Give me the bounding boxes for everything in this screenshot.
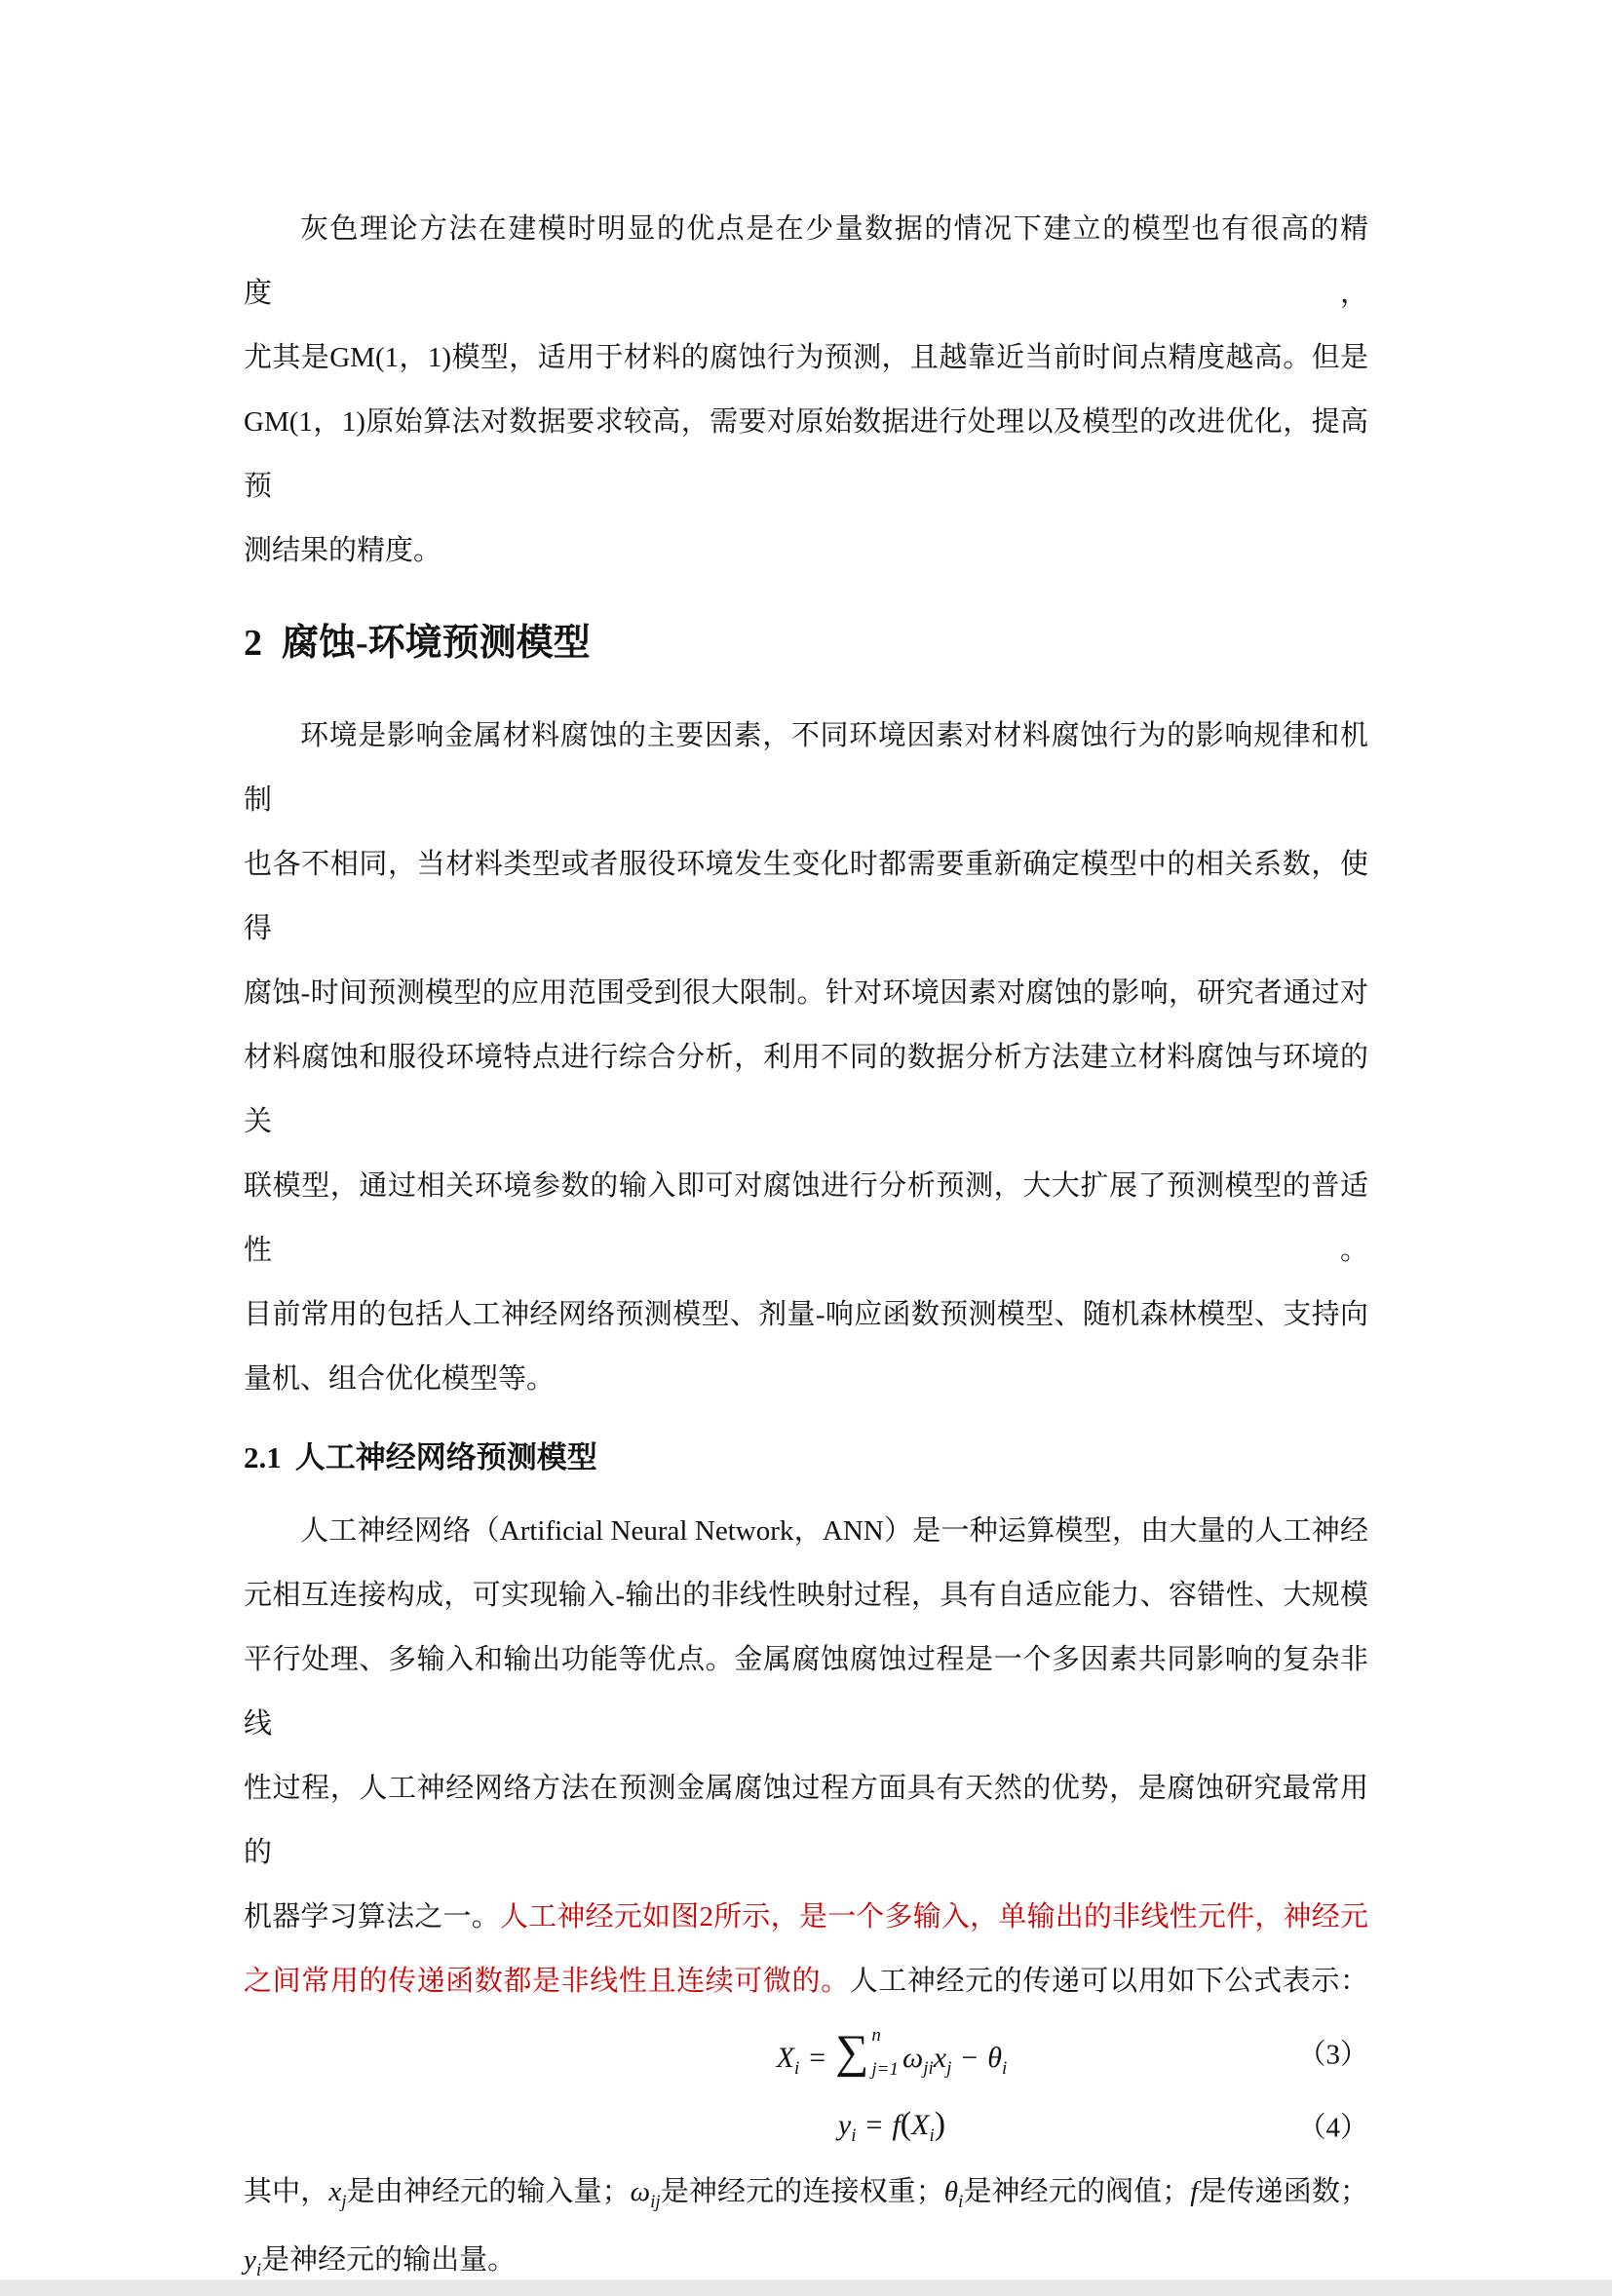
section-heading-2: 2腐蚀-环境预测模型 xyxy=(244,616,1368,670)
subsection-heading-2-1: 2.1人工神经网络预测模型 xyxy=(244,1435,1368,1481)
paragraph-line: 性过程，人工神经网络方法在预测金属腐蚀过程方面具有天然的优势，是腐蚀研究最常用的 xyxy=(244,1756,1368,1885)
line-text: 是神经元的输出量。 xyxy=(261,2244,516,2276)
equation-3-formula: Xi=∑nj=1ωjixj−θi xyxy=(777,2026,1008,2079)
paragraph-line: 测结果的精度。 xyxy=(244,518,1368,583)
subsection-title: 人工神经网络预测模型 xyxy=(295,1440,597,1474)
equation-4-formula: yi=f(Xi) xyxy=(838,2106,945,2145)
line-text: 是神经元的阀值； xyxy=(963,2176,1190,2207)
variable-theta: θ xyxy=(987,2042,1002,2074)
paragraph-line: 目前常用的包括人工神经网络预测模型、剂量-响应函数预测模型、随机森林模型、支持向 xyxy=(244,1282,1368,1347)
paragraph-line: 也各不相同，当材料类型或者服役环境发生变化时都需要重新确定模型中的相关系数，使得 xyxy=(244,832,1368,961)
line-text: 是神经元的连接权重； xyxy=(661,2176,944,2207)
line-text: 材料腐蚀和服役环境特点进行综合分析，利用不同的数据分析方法建立材料腐蚀与环境的关 xyxy=(244,1042,1368,1137)
open-paren: ( xyxy=(901,2106,911,2142)
variable-x: x xyxy=(328,2176,341,2207)
line-text: 联模型，通过相关环境参数的输入即可对腐蚀进行分析预测，大大扩展了预测模型的普适性… xyxy=(244,1170,1368,1266)
paragraph-line: 环境是影响金属材料腐蚀的主要因素，不同环境因素对材料腐蚀行为的影响规律和机制 xyxy=(244,704,1368,832)
line-text: GM(1，1)原始算法对数据要求较高，需要对原始数据进行处理以及模型的改进优化，… xyxy=(244,406,1368,502)
close-paren: ) xyxy=(935,2106,945,2142)
paragraph-ann-model: 人工神经网络（Artificial Neural Network，ANN）是一种… xyxy=(244,1499,1368,2013)
paragraph-line: 平行处理、多输入和输出功能等优点。金属腐蚀腐蚀过程是一个多因素共同影响的复杂非线 xyxy=(244,1627,1368,1756)
lower-limit: j=1 xyxy=(871,2060,899,2079)
highlighted-red-text: 人工神经元如图2所示，是一个多输入，单输出的非线性元件，神经元 xyxy=(500,1901,1368,1932)
line-text: 环境是影响金属材料腐蚀的主要因素，不同环境因素对材料腐蚀行为的影响规律和机制 xyxy=(244,720,1368,816)
subscript-i: i xyxy=(851,2125,856,2146)
line-text: 是由神经元的输入量； xyxy=(347,2176,631,2207)
paragraph-line: 材料腐蚀和服役环境特点进行综合分析，利用不同的数据分析方法建立材料腐蚀与环境的关 xyxy=(244,1025,1368,1154)
document-page: 灰色理论方法在建模时明显的优点是在少量数据的情况下建立的模型也有很高的精度， 尤… xyxy=(0,0,1612,2279)
minus-sign: − xyxy=(951,2042,987,2074)
equation-3: Xi=∑nj=1ωjixj−θi （3） xyxy=(244,2013,1368,2091)
subscript-i: i xyxy=(1002,2058,1007,2079)
variable-omega: ω xyxy=(902,2042,923,2074)
paragraph-line-variables: yi是神经元的输出量。 xyxy=(244,2228,1368,2296)
section-title: 腐蚀-环境预测模型 xyxy=(282,623,591,664)
variable-X: X xyxy=(911,2109,929,2141)
sigma-symbol: ∑ xyxy=(835,2029,868,2076)
summation-operator: ∑nj=1 xyxy=(835,2026,899,2079)
subscript-ij: ij xyxy=(650,2192,661,2212)
line-text: 也各不相同，当材料类型或者服役环境发生变化时都需要重新确定模型中的相关系数，使得 xyxy=(244,849,1368,944)
variable-theta: θ xyxy=(944,2176,958,2207)
equation-4: yi=f(Xi) （4） xyxy=(244,2091,1368,2160)
variable-omega: ω xyxy=(631,2176,650,2207)
paragraph-line: 灰色理论方法在建模时明显的优点是在少量数据的情况下建立的模型也有很高的精度， xyxy=(244,197,1368,325)
line-text: 人工神经元的传递可以用如下公式表示： xyxy=(850,1966,1368,1997)
subscript-ji: ji xyxy=(923,2058,934,2079)
paragraph-line-mixed: 机器学习算法之一。人工神经元如图2所示，是一个多输入，单输出的非线性元件，神经元 xyxy=(244,1885,1368,1949)
paragraph-line: 量机、组合优化模型等。 xyxy=(244,1347,1368,1411)
line-text: 腐蚀-时间预测模型的应用范围受到很大限制。针对环境因素对腐蚀的影响，研究者通过对 xyxy=(244,977,1368,1009)
subscript-j: j xyxy=(341,2192,346,2212)
paragraph-line-variables: 其中，xj是由神经元的输入量；ωij是神经元的连接权重；θi是神经元的阀值；f是… xyxy=(244,2160,1368,2228)
function-f: f xyxy=(892,2109,900,2141)
paragraph-line: 腐蚀-时间预测模型的应用范围受到很大限制。针对环境因素对腐蚀的影响，研究者通过对 xyxy=(244,961,1368,1025)
highlighted-red-text: 之间常用的传递函数都是非线性且连续可微的。 xyxy=(244,1966,850,1997)
variable-X: X xyxy=(777,2042,794,2074)
equals-sign: = xyxy=(857,2109,893,2141)
paragraph-environment-model: 环境是影响金属材料腐蚀的主要因素，不同环境因素对材料腐蚀行为的影响规律和机制 也… xyxy=(244,704,1368,1411)
paragraph-symbol-definitions: 其中，xj是由神经元的输入量；ωij是神经元的连接权重；θi是神经元的阀值；f是… xyxy=(244,2160,1368,2296)
line-text: 尤其是GM(1，1)模型，适用于材料的腐蚀行为预测，且越靠近当前时间点精度越高。… xyxy=(244,342,1368,373)
paragraph-line: 尤其是GM(1，1)模型，适用于材料的腐蚀行为预测，且越靠近当前时间点精度越高。… xyxy=(244,325,1368,390)
line-text: 性过程，人工神经网络方法在预测金属腐蚀过程方面具有天然的优势，是腐蚀研究最常用的 xyxy=(244,1773,1368,1868)
line-text: 平行处理、多输入和输出功能等优点。金属腐蚀腐蚀过程是一个多因素共同影响的复杂非线 xyxy=(244,1644,1368,1740)
line-text: 机器学习算法之一。 xyxy=(244,1901,500,1932)
equation-number: （3） xyxy=(1297,2033,1368,2073)
subsection-number: 2.1 xyxy=(244,1440,282,1474)
variable-x: x xyxy=(934,2042,946,2074)
summation-limits: nj=1 xyxy=(871,2026,899,2079)
subscript-i: i xyxy=(958,2192,963,2212)
line-text: 是传递函数； xyxy=(1198,2176,1368,2207)
paragraph-line: 人工神经网络（Artificial Neural Network，ANN）是一种… xyxy=(244,1499,1368,1563)
paragraph-line: GM(1，1)原始算法对数据要求较高，需要对原始数据进行处理以及模型的改进优化，… xyxy=(244,390,1368,518)
subscript-i: i xyxy=(256,2260,261,2280)
line-text: 量机、组合优化模型等。 xyxy=(244,1363,555,1395)
paragraph-line-mixed: 之间常用的传递函数都是非线性且连续可微的。人工神经元的传递可以用如下公式表示： xyxy=(244,1949,1368,2013)
line-text: 目前常用的包括人工神经网络预测模型、剂量-响应函数预测模型、随机森林模型、支持向 xyxy=(244,1299,1368,1330)
paragraph-line: 元相互连接构成，可实现输入-输出的非线性映射过程，具有自适应能力、容错性、大规模 xyxy=(244,1563,1368,1627)
section-number: 2 xyxy=(244,623,262,664)
variable-y: y xyxy=(244,2244,256,2276)
line-text: 人工神经网络（Artificial Neural Network，ANN）是一种… xyxy=(300,1515,1368,1547)
equation-number: （4） xyxy=(1297,2106,1368,2146)
equals-sign: = xyxy=(799,2042,835,2074)
line-text: 其中， xyxy=(244,2176,328,2207)
variable-y: y xyxy=(838,2109,851,2141)
paragraph-grey-theory: 灰色理论方法在建模时明显的优点是在少量数据的情况下建立的模型也有很高的精度， 尤… xyxy=(244,197,1368,583)
upper-limit: n xyxy=(871,2026,899,2045)
line-text: 测结果的精度。 xyxy=(244,535,441,566)
paragraph-line: 联模型，通过相关环境参数的输入即可对腐蚀进行分析预测，大大扩展了预测模型的普适性… xyxy=(244,1154,1368,1282)
line-text: 灰色理论方法在建模时明显的优点是在少量数据的情况下建立的模型也有很高的精度， xyxy=(244,213,1368,309)
line-text: 元相互连接构成，可实现输入-输出的非线性映射过程，具有自适应能力、容错性、大规模 xyxy=(244,1580,1368,1611)
